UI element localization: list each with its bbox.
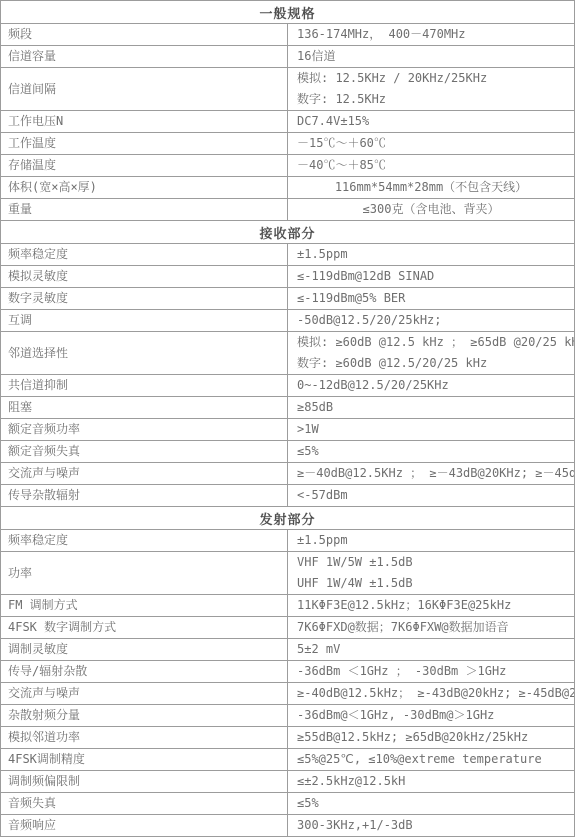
spec-value: 11KΦF3E@12.5kHz；16KΦF3E@25kHz xyxy=(288,595,575,617)
spec-label-text: 阻塞 xyxy=(1,397,287,418)
spec-label-text: 4FSK调制精度 xyxy=(1,749,287,770)
spec-label-text: 杂散射频分量 xyxy=(1,705,287,726)
spec-label: 体积(宽×高×厚) xyxy=(1,177,288,199)
spec-value: -36dBm@＜1GHz, -30dBm@＞1GHz xyxy=(288,705,575,727)
table-row: 4FSK调制精度≤5%@25℃, ≤10%@extreme temperatur… xyxy=(1,749,575,771)
spec-value-line: 16信道 xyxy=(288,46,574,67)
spec-value: －40℃～＋85℃ xyxy=(288,155,575,177)
spec-value-line: -50dB@12.5/20/25kHz; xyxy=(288,310,574,331)
spec-label: 传导/辐射杂散 xyxy=(1,661,288,683)
spec-value-line: 136-174MHz， 400－470MHz xyxy=(288,24,574,45)
spec-label: 4FSK 数字调制方式 xyxy=(1,617,288,639)
spec-label: 4FSK调制精度 xyxy=(1,749,288,771)
spec-value-line: ≤-119dBm@12dB SINAD xyxy=(288,266,574,287)
spec-label-text: 4FSK 数字调制方式 xyxy=(1,617,287,638)
spec-value-line: ≤±2.5kHz@12.5kH xyxy=(288,771,574,792)
table-row: 信道间隔模拟: 12.5KHz / 20KHz/25KHz数字: 12.5KHz xyxy=(1,68,575,111)
spec-label: 邻道选择性 xyxy=(1,332,288,375)
spec-value: ≥55dB@12.5kHz; ≥65dB@20kHz/25kHz xyxy=(288,727,575,749)
spec-label: 频率稳定度 xyxy=(1,530,288,552)
spec-value: ≤-119dBm@12dB SINAD xyxy=(288,266,575,288)
spec-label: 存储温度 xyxy=(1,155,288,177)
spec-label-text: 额定音频功率 xyxy=(1,419,287,440)
section-header-row: 接收部分 xyxy=(1,221,575,244)
spec-value-line: ≤-119dBm@5% BER xyxy=(288,288,574,309)
spec-value-line: 0~-12dB@12.5/20/25KHz xyxy=(288,375,574,396)
spec-label-text: 功率 xyxy=(1,563,287,584)
spec-value: 16信道 xyxy=(288,46,575,68)
spec-label-text: 频率稳定度 xyxy=(1,530,287,551)
spec-label: 音频失真 xyxy=(1,793,288,815)
spec-value: 116mm*54mm*28mm（不包含天线） xyxy=(288,177,575,199)
spec-value-line: -36dBm ＜1GHz ； -30dBm ＞1GHz xyxy=(288,661,574,682)
section-header-row: 一般规格 xyxy=(1,1,575,24)
spec-label: 调制频偏限制 xyxy=(1,771,288,793)
spec-label-text: 额定音频失真 xyxy=(1,441,287,462)
spec-value: 136-174MHz， 400－470MHz xyxy=(288,24,575,46)
spec-value-line: ≤5% xyxy=(288,441,574,462)
spec-value: <-57dBm xyxy=(288,485,575,507)
spec-label-text: 邻道选择性 xyxy=(1,343,287,364)
spec-label-text: 音频失真 xyxy=(1,793,287,814)
table-row: 模拟邻道功率≥55dB@12.5kHz; ≥65dB@20kHz/25kHz xyxy=(1,727,575,749)
spec-label: 交流声与噪声 xyxy=(1,683,288,705)
spec-label-text: 共信道抑制 xyxy=(1,375,287,396)
spec-label: 传导杂散辐射 xyxy=(1,485,288,507)
table-row: 调制灵敏度5±2 mV xyxy=(1,639,575,661)
spec-label: 频段 xyxy=(1,24,288,46)
table-row: 传导/辐射杂散-36dBm ＜1GHz ； -30dBm ＞1GHz xyxy=(1,661,575,683)
radio-specification-table: 一般规格频段136-174MHz， 400－470MHz信道容量16信道信道间隔… xyxy=(0,0,575,837)
table-row: 体积(宽×高×厚)116mm*54mm*28mm（不包含天线） xyxy=(1,177,575,199)
spec-label-text: 模拟邻道功率 xyxy=(1,727,287,748)
spec-label-text: 频率稳定度 xyxy=(1,244,287,265)
spec-value: ≤300克（含电池、背夹） xyxy=(288,199,575,221)
spec-label-text: 模拟灵敏度 xyxy=(1,266,287,287)
section-title: 一般规格 xyxy=(1,1,575,24)
table-row: 功率VHF 1W/5W ±1.5dBUHF 1W/4W ±1.5dB xyxy=(1,552,575,595)
table-row: 音频失真≤5% xyxy=(1,793,575,815)
spec-value: 5±2 mV xyxy=(288,639,575,661)
spec-label-text: 重量 xyxy=(1,199,287,220)
spec-value-line: 11KΦF3E@12.5kHz；16KΦF3E@25kHz xyxy=(288,595,574,616)
table-row: 共信道抑制0~-12dB@12.5/20/25KHz xyxy=(1,375,575,397)
spec-label: 工作电压N xyxy=(1,111,288,133)
spec-label: 信道容量 xyxy=(1,46,288,68)
spec-label: 调制灵敏度 xyxy=(1,639,288,661)
spec-label: 重量 xyxy=(1,199,288,221)
spec-label: 信道间隔 xyxy=(1,68,288,111)
spec-value-line: 5±2 mV xyxy=(288,639,574,660)
spec-value: ≤5% xyxy=(288,793,575,815)
spec-label-text: 调制频偏限制 xyxy=(1,771,287,792)
table-row: 频率稳定度±1.5ppm xyxy=(1,244,575,266)
spec-value-line: ≤5% xyxy=(288,793,574,814)
section-title: 发射部分 xyxy=(1,507,575,530)
table-row: 邻道选择性模拟: ≥60dB @12.5 kHz ； ≥65dB @20/25 … xyxy=(1,332,575,375)
section-title: 接收部分 xyxy=(1,221,575,244)
table-row: 阻塞≥85dB xyxy=(1,397,575,419)
spec-value: -36dBm ＜1GHz ； -30dBm ＞1GHz xyxy=(288,661,575,683)
spec-label-text: 频段 xyxy=(1,24,287,45)
spec-value: ±1.5ppm xyxy=(288,530,575,552)
spec-value: >1W xyxy=(288,419,575,441)
spec-label: 模拟邻道功率 xyxy=(1,727,288,749)
spec-value-line: ±1.5ppm xyxy=(288,244,574,265)
spec-value-line: ≤5%@25℃, ≤10%@extreme temperature xyxy=(288,749,574,770)
spec-label: 功率 xyxy=(1,552,288,595)
spec-label: 数字灵敏度 xyxy=(1,288,288,310)
spec-value: ≤±2.5kHz@12.5kH xyxy=(288,771,575,793)
spec-table-body: 一般规格频段136-174MHz， 400－470MHz信道容量16信道信道间隔… xyxy=(1,1,575,837)
spec-value-line: -36dBm@＜1GHz, -30dBm@＞1GHz xyxy=(288,705,574,726)
spec-sheet: 一般规格频段136-174MHz， 400－470MHz信道容量16信道信道间隔… xyxy=(0,0,575,837)
spec-label: FM 调制方式 xyxy=(1,595,288,617)
spec-label-text: 交流声与噪声 xyxy=(1,683,287,704)
spec-value: 0~-12dB@12.5/20/25KHz xyxy=(288,375,575,397)
spec-label-text: FM 调制方式 xyxy=(1,595,287,616)
table-row: 音频响应300-3KHz,+1/-3dB xyxy=(1,815,575,837)
spec-label-text: 调制灵敏度 xyxy=(1,639,287,660)
spec-value-line: >1W xyxy=(288,419,574,440)
spec-value-line: ≥55dB@12.5kHz; ≥65dB@20kHz/25kHz xyxy=(288,727,574,748)
section-header-row: 发射部分 xyxy=(1,507,575,530)
spec-label-text: 信道间隔 xyxy=(1,79,287,100)
spec-label: 音频响应 xyxy=(1,815,288,837)
table-row: 模拟灵敏度≤-119dBm@12dB SINAD xyxy=(1,266,575,288)
table-row: 交流声与噪声≥-40dB@12.5kHz； ≥-43dB@20kHz; ≥-45… xyxy=(1,683,575,705)
table-row: 数字灵敏度≤-119dBm@5% BER xyxy=(1,288,575,310)
spec-value: ≥－40dB@12.5KHz ； ≥－43dB@20KHz; ≥－45dB@25… xyxy=(288,463,575,485)
spec-value-line: 数字: 12.5KHz xyxy=(288,89,574,110)
spec-label-text: 存储温度 xyxy=(1,155,287,176)
table-row: 交流声与噪声≥－40dB@12.5KHz ； ≥－43dB@20KHz; ≥－4… xyxy=(1,463,575,485)
table-row: 调制频偏限制≤±2.5kHz@12.5kH xyxy=(1,771,575,793)
spec-value-line: UHF 1W/4W ±1.5dB xyxy=(288,573,574,594)
spec-value: -50dB@12.5/20/25kHz; xyxy=(288,310,575,332)
spec-label: 杂散射频分量 xyxy=(1,705,288,727)
spec-label-text: 音频响应 xyxy=(1,815,287,836)
spec-label-text: 传导/辐射杂散 xyxy=(1,661,287,682)
spec-value: ≥85dB xyxy=(288,397,575,419)
spec-value-line: ≥-40dB@12.5kHz； ≥-43dB@20kHz; ≥-45dB@25k… xyxy=(288,683,574,704)
table-row: 工作温度－15℃～＋60℃ xyxy=(1,133,575,155)
spec-value-line: 7K6ΦFXD@数据；7K6ΦFXW@数据加语音 xyxy=(288,617,574,638)
spec-value: DC7.4V±15% xyxy=(288,111,575,133)
spec-label: 共信道抑制 xyxy=(1,375,288,397)
spec-label: 互调 xyxy=(1,310,288,332)
table-row: FM 调制方式11KΦF3E@12.5kHz；16KΦF3E@25kHz xyxy=(1,595,575,617)
spec-value-line: －15℃～＋60℃ xyxy=(288,133,574,154)
spec-value: ≤5% xyxy=(288,441,575,463)
spec-label: 工作温度 xyxy=(1,133,288,155)
spec-value-line: ±1.5ppm xyxy=(288,530,574,551)
spec-label: 阻塞 xyxy=(1,397,288,419)
spec-label-text: 信道容量 xyxy=(1,46,287,67)
spec-label-text: 工作电压N xyxy=(1,111,287,132)
spec-label-text: 数字灵敏度 xyxy=(1,288,287,309)
spec-value: 300-3KHz,+1/-3dB xyxy=(288,815,575,837)
table-row: 传导杂散辐射<-57dBm xyxy=(1,485,575,507)
spec-value-line: ≤300克（含电池、背夹） xyxy=(288,199,574,220)
spec-label: 模拟灵敏度 xyxy=(1,266,288,288)
spec-value: ±1.5ppm xyxy=(288,244,575,266)
table-row: 杂散射频分量-36dBm@＜1GHz, -30dBm@＞1GHz xyxy=(1,705,575,727)
spec-value: 模拟: ≥60dB @12.5 kHz ； ≥65dB @20/25 kHz数字… xyxy=(288,332,575,375)
spec-value: 模拟: 12.5KHz / 20KHz/25KHz数字: 12.5KHz xyxy=(288,68,575,111)
spec-label-text: 传导杂散辐射 xyxy=(1,485,287,506)
spec-value: ≥-40dB@12.5kHz； ≥-43dB@20kHz; ≥-45dB@25k… xyxy=(288,683,575,705)
spec-label: 频率稳定度 xyxy=(1,244,288,266)
spec-label: 额定音频功率 xyxy=(1,419,288,441)
spec-value-line: VHF 1W/5W ±1.5dB xyxy=(288,552,574,573)
table-row: 互调-50dB@12.5/20/25kHz; xyxy=(1,310,575,332)
spec-value-line: 模拟: 12.5KHz / 20KHz/25KHz xyxy=(288,68,574,89)
spec-value-line: <-57dBm xyxy=(288,485,574,506)
table-row: 额定音频功率>1W xyxy=(1,419,575,441)
spec-label-text: 工作温度 xyxy=(1,133,287,154)
spec-value: ≤-119dBm@5% BER xyxy=(288,288,575,310)
spec-value: VHF 1W/5W ±1.5dBUHF 1W/4W ±1.5dB xyxy=(288,552,575,595)
spec-label-text: 体积(宽×高×厚) xyxy=(1,177,287,198)
spec-value-line: DC7.4V±15% xyxy=(288,111,574,132)
table-row: 工作电压NDC7.4V±15% xyxy=(1,111,575,133)
spec-value-line: ≥－40dB@12.5KHz ； ≥－43dB@20KHz; ≥－45dB@25… xyxy=(288,463,574,484)
spec-value-line: 模拟: ≥60dB @12.5 kHz ； ≥65dB @20/25 kHz xyxy=(288,332,574,353)
table-row: 存储温度－40℃～＋85℃ xyxy=(1,155,575,177)
table-row: 重量≤300克（含电池、背夹） xyxy=(1,199,575,221)
spec-label-text: 交流声与噪声 xyxy=(1,463,287,484)
spec-value-line: 数字: ≥60dB @12.5/20/25 kHz xyxy=(288,353,574,374)
spec-value: ≤5%@25℃, ≤10%@extreme temperature xyxy=(288,749,575,771)
table-row: 信道容量16信道 xyxy=(1,46,575,68)
spec-label: 额定音频失真 xyxy=(1,441,288,463)
spec-label-text: 互调 xyxy=(1,310,287,331)
table-row: 4FSK 数字调制方式7K6ΦFXD@数据；7K6ΦFXW@数据加语音 xyxy=(1,617,575,639)
spec-value: －15℃～＋60℃ xyxy=(288,133,575,155)
spec-value: 7K6ΦFXD@数据；7K6ΦFXW@数据加语音 xyxy=(288,617,575,639)
spec-value-line: ≥85dB xyxy=(288,397,574,418)
table-row: 频率稳定度±1.5ppm xyxy=(1,530,575,552)
spec-label: 交流声与噪声 xyxy=(1,463,288,485)
spec-value-line: 116mm*54mm*28mm（不包含天线） xyxy=(288,177,574,198)
table-row: 额定音频失真≤5% xyxy=(1,441,575,463)
spec-value-line: －40℃～＋85℃ xyxy=(288,155,574,176)
spec-value-line: 300-3KHz,+1/-3dB xyxy=(288,815,574,836)
table-row: 频段136-174MHz， 400－470MHz xyxy=(1,24,575,46)
